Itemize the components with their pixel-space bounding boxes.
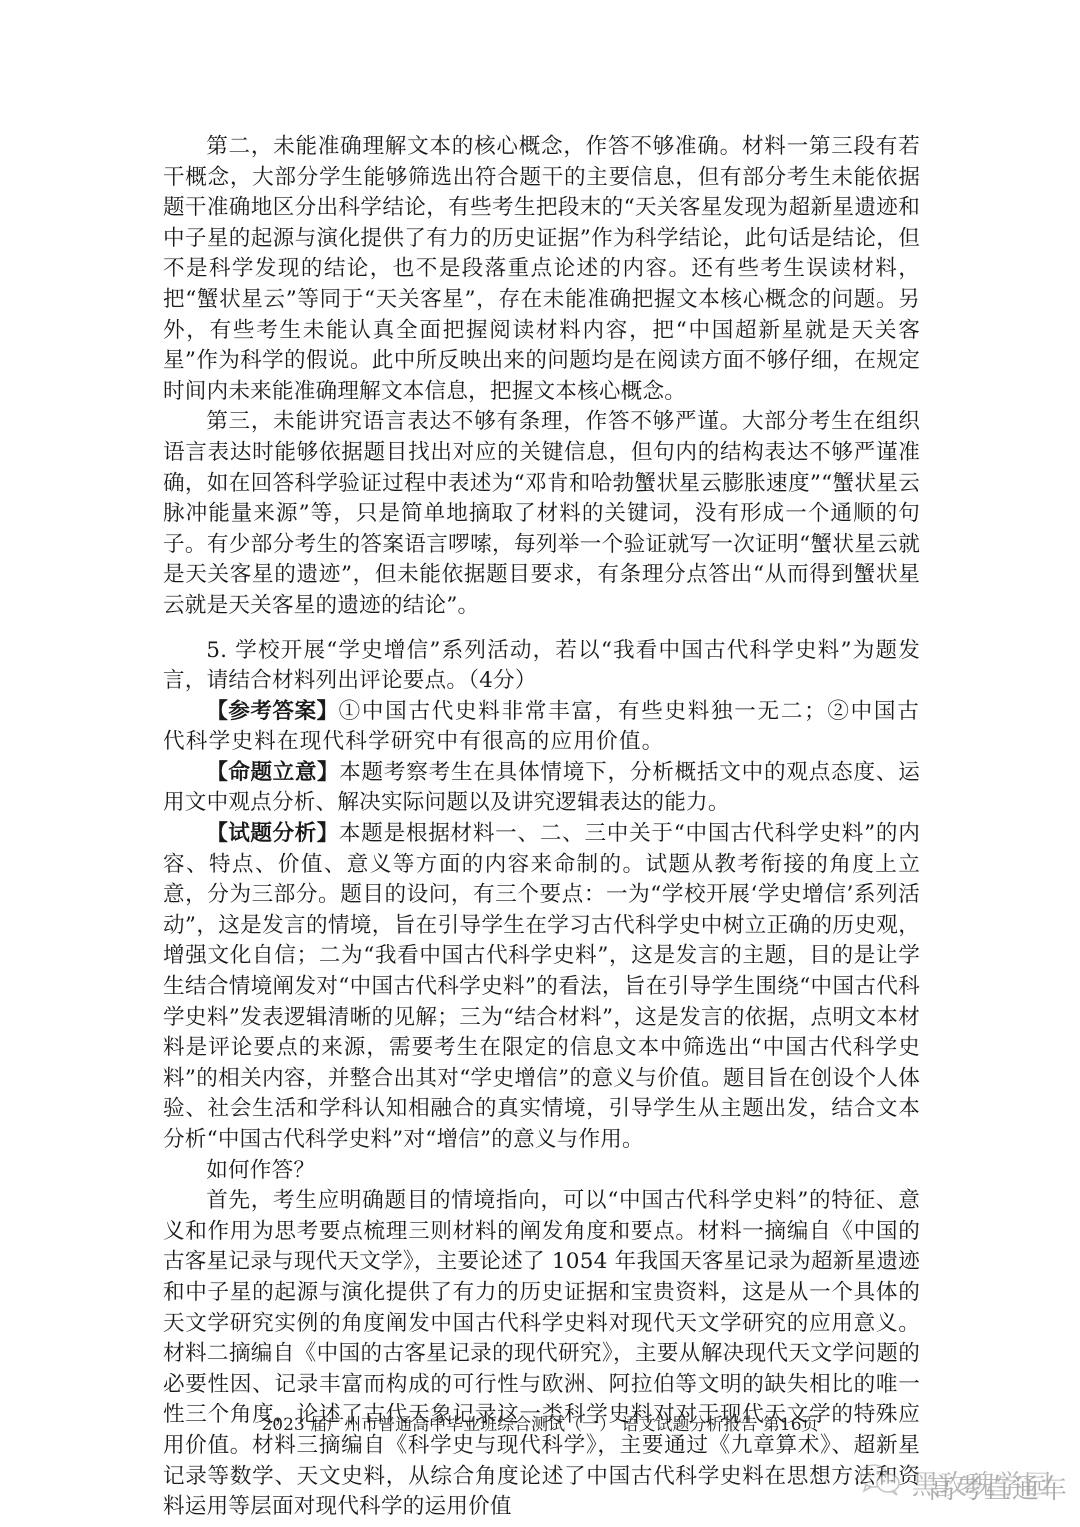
watermark: 黑玫瑰学园 高考直通车 [858,1462,1062,1498]
reference-answer-label: 【参考答案】 [206,699,338,724]
document-body: 第二，未能准确理解文本的核心概念，作答不够准确。材料一第三段有若干概念，大部分学… [163,132,920,1523]
question-5: 5. 学校开展“学史增信”系列活动，若以“我看中国古代科学史料”为题发言，请结合… [163,636,920,697]
how-to-answer-text: 首先，考生应明确题目的情境指向，可以“中国古代科学史料”的特征、意义和作用为思考… [163,1186,920,1523]
watermark-text: 黑玫瑰学园 高考直通车 [912,1463,1062,1497]
paragraph-third-point: 第三，未能讲究语言表达不够有条理，作答不够严谨。大部分考生在组织语言表达时能够依… [163,407,920,621]
how-to-answer-heading: 如何作答？ [163,1156,920,1187]
spacer [163,622,920,636]
wechat-icon [858,1462,904,1498]
paragraph-second-point: 第二，未能准确理解文本的核心概念，作答不够准确。材料一第三段有若干概念，大部分学… [163,132,920,407]
watermark-text-secondary: 高考直通车 [928,1467,1068,1506]
question-intent-label: 【命题立意】 [206,760,339,785]
question-analysis: 【试题分析】本题是根据材料一、二、三中关于“中国古代科学史料”的内容、特点、价值… [163,819,920,1156]
reference-answer: 【参考答案】①中国古代史料非常丰富，有些史料独一无二；②中国古代科学史料在现代科… [163,697,920,758]
question-intent: 【命题立意】本题考察考生在具体情境下，分析概括文中的观点态度、运用文中观点分析、… [163,758,920,819]
question-analysis-label: 【试题分析】 [206,821,339,846]
page-footer: 2023 届广州市普通高中毕业班综合测试（一） 语文试题分析报告 第16页 [0,1410,1080,1435]
question-analysis-text: 本题是根据材料一、二、三中关于“中国古代科学史料”的内容、特点、价值、意义等方面… [163,821,920,1152]
